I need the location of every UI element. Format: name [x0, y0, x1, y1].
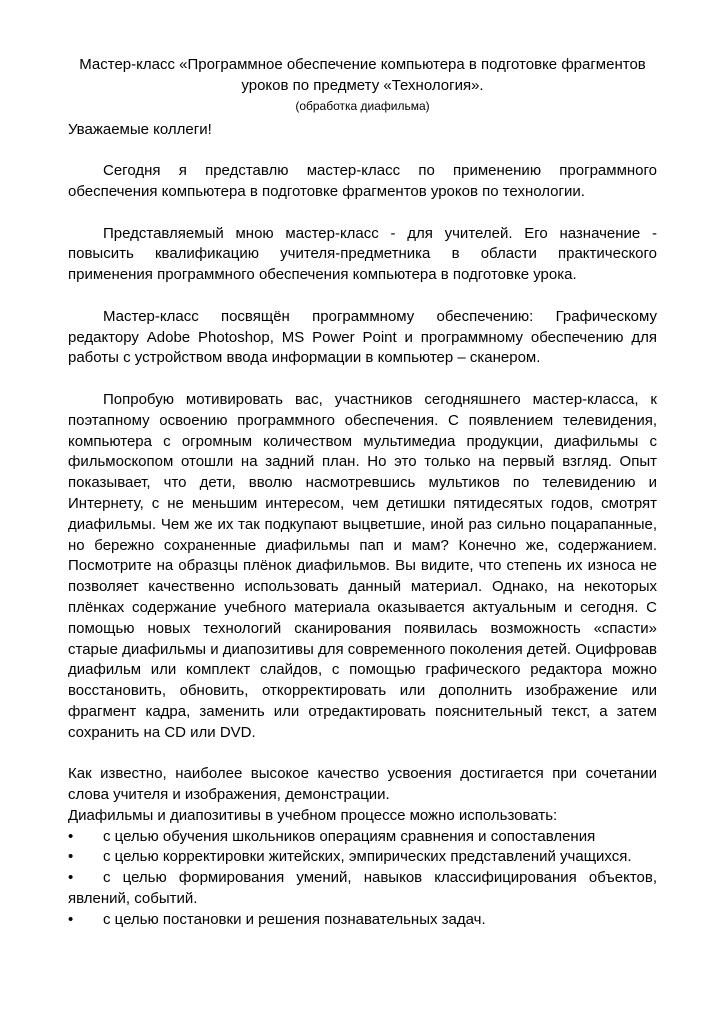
bullet-text: с целью обучения школьников операциям ср…: [103, 828, 595, 845]
document-subtitle: (обработка диафильма): [68, 99, 657, 113]
document-page: Мастер-класс «Программное обеспечение ко…: [0, 0, 724, 1024]
paragraph: Попробую мотивировать вас, участников се…: [68, 390, 657, 744]
bullet-text: с целью корректировки житейских, эмпирич…: [103, 848, 632, 865]
paragraph: Мастер-класс посвящён программному обесп…: [68, 307, 657, 369]
document-blocks: Сегодня я представлю мастер-класс по при…: [68, 161, 657, 930]
bullet-item: •с целью постановки и решения познавател…: [68, 910, 657, 931]
paragraph: Диафильмы и диапозитивы в учебном процес…: [68, 806, 657, 827]
document-title: Мастер-класс «Программное обеспечение ко…: [68, 55, 657, 97]
bullet-text: с целью формирования умений, навыков кла…: [68, 869, 657, 907]
bullet-text: с целью постановки и решения познаватель…: [103, 911, 486, 928]
greeting-line: Уважаемые коллеги!: [68, 120, 657, 141]
bullet-item: •с целью обучения школьников операциям с…: [68, 827, 657, 848]
bullet-icon: •: [68, 868, 103, 889]
paragraph: Представляемый мною мастер-класс - для у…: [68, 224, 657, 286]
bullet-icon: •: [68, 847, 103, 868]
bullet-item: •с целью корректировки житейских, эмпири…: [68, 847, 657, 868]
paragraph: Как известно, наиболее высокое качество …: [68, 764, 657, 806]
bullet-icon: •: [68, 827, 103, 848]
bullet-item: •с целью формирования умений, навыков кл…: [68, 868, 657, 910]
bullet-icon: •: [68, 910, 103, 931]
paragraph: Сегодня я представлю мастер-класс по при…: [68, 161, 657, 203]
